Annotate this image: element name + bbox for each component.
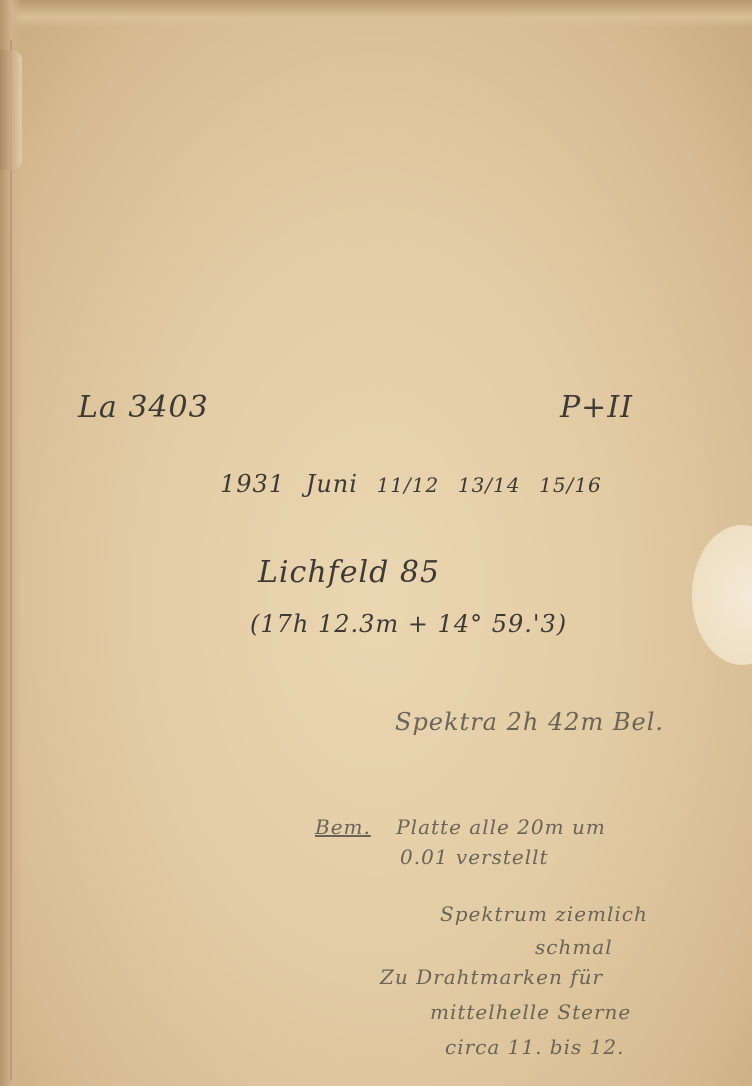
remark-line-1: Platte alle 20m um (396, 815, 606, 839)
remark: Bem. Platte alle 20m um (315, 815, 606, 839)
note-line-4: mittelhelle Sterne (430, 1000, 631, 1024)
catalog-id: La 3403 (78, 390, 209, 425)
fold-line (10, 40, 12, 1080)
note-line-1: Spektrum ziemlich (440, 902, 648, 926)
date-night-3: 15/16 (539, 473, 602, 497)
plate-code: P+II (560, 390, 633, 425)
remark-label: Bem. (315, 815, 371, 839)
note-line-5: circa 11. bis 12. (445, 1035, 624, 1059)
field-name: Lichfeld 85 (258, 555, 440, 590)
torn-corner (0, 50, 22, 170)
remark-line-2: 0.01 verstellt (400, 845, 549, 869)
date-line: 1931 Juni 11/12 13/14 15/16 (220, 470, 602, 498)
note-line-3: Zu Drahtmarken für (380, 965, 603, 989)
date-month: Juni (306, 470, 358, 498)
top-edge (0, 0, 752, 28)
exposure: Spektra 2h 42m Bel. (395, 708, 664, 736)
date-night-1: 11/12 (377, 473, 440, 497)
coordinates: (17h 12.3m + 14° 59.'3) (250, 610, 567, 638)
date-night-2: 13/14 (458, 473, 521, 497)
date-year: 1931 (220, 470, 285, 498)
note-line-2: schmal (535, 935, 613, 959)
